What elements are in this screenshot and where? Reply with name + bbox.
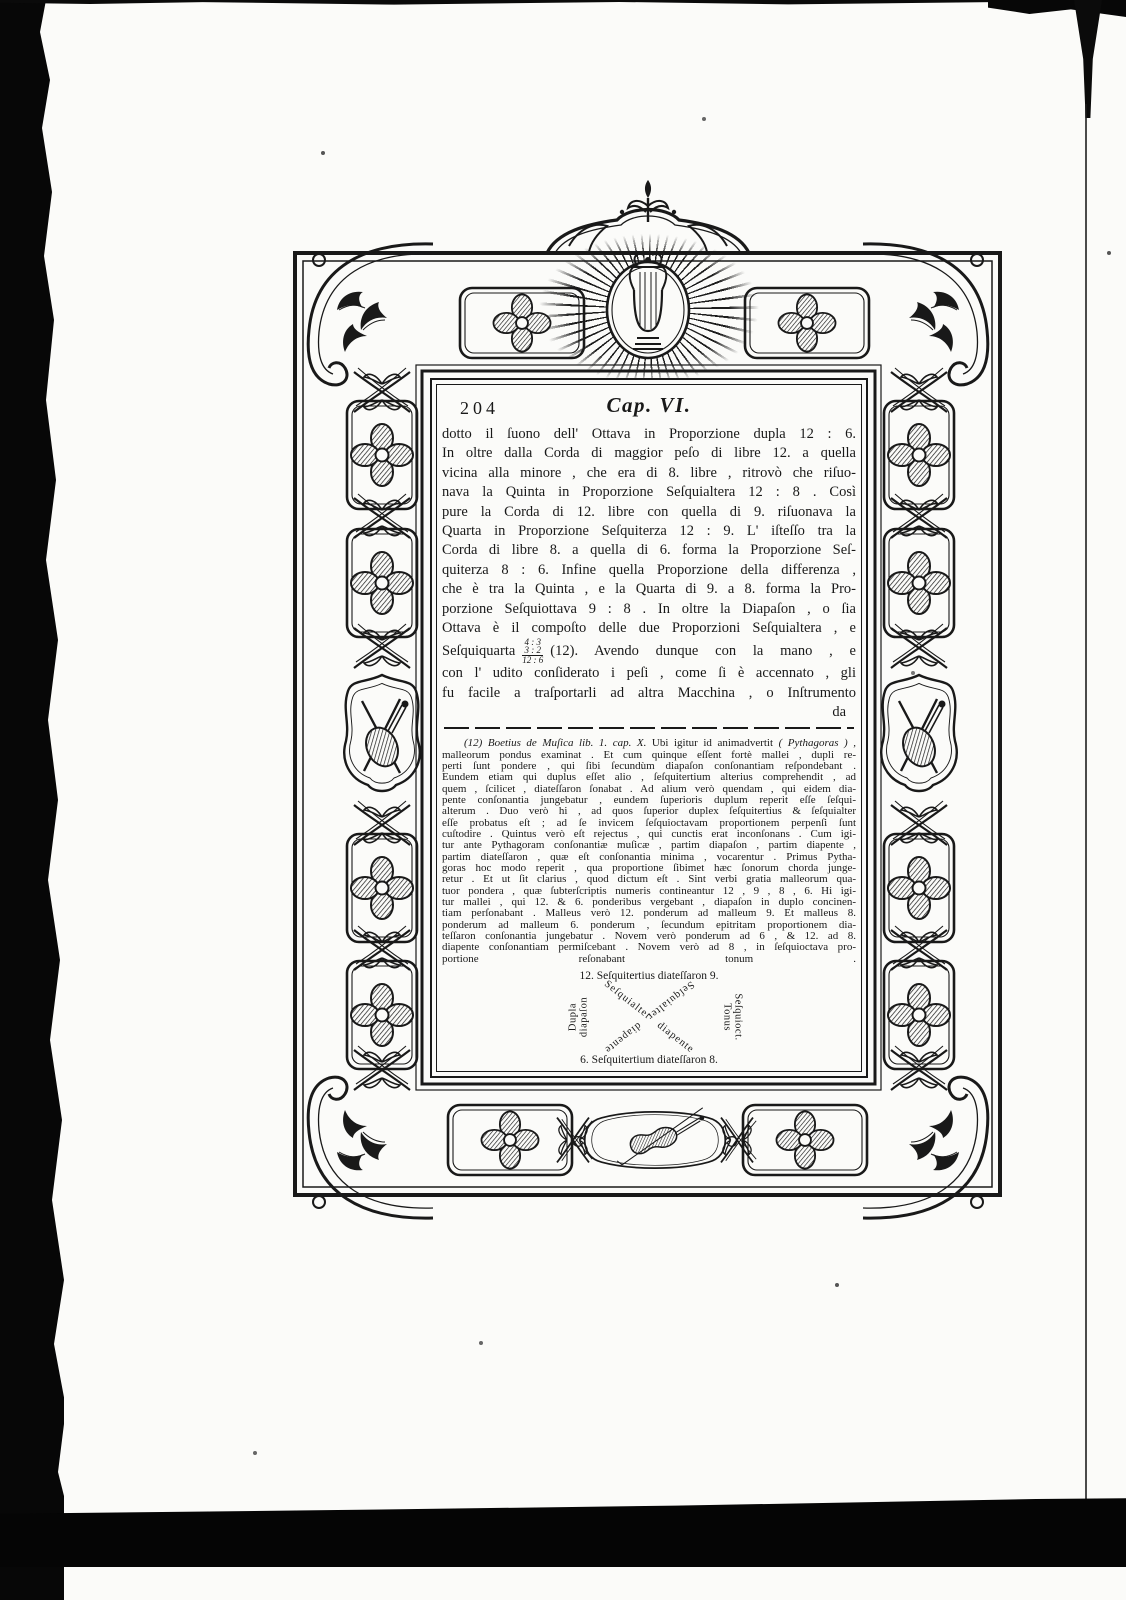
foliate-knot [354,368,410,412]
page-header: 204 Cap. VI. [442,390,856,422]
text-line: In oltre dalla Corda di maggior peſo di … [442,444,856,463]
diagram-right-line1: Seſquioct. [732,994,743,1041]
diagram-left-line1: Dupla [568,997,579,1037]
rosette-panel [347,834,417,942]
text-box: 204 Cap. VI. dotto il ſuono dell' Ottava… [430,378,868,1078]
rosette-panel [448,1105,572,1175]
corner-scroll-top-left [308,244,433,385]
lyre-medallion [607,254,689,358]
footnote-name: ( Pythagoras ) , [779,737,856,749]
footnote-lines: malleorum pondus examinat . Et cum quinq… [442,750,856,966]
dust-specks [0,0,2,2]
text-line: Ottava è il compoſto delle due Proporzio… [442,619,856,638]
text-line: alterum . Duo verò hi , ad quos ſuperior… [442,806,856,817]
text-line: nava la Quinta in Proporzione Seſquialte… [442,483,856,502]
ratio-line: Seſquiquarta 4 : 3 3 : 2 12 : 6 (12). Av… [442,636,856,666]
palmette-finial-icon [620,180,676,222]
rosette-panel [884,834,954,942]
corner-scroll-top-right [863,244,988,385]
torn-left-edge [0,0,64,1600]
foliate-knot [891,801,947,845]
text-line: portione reſonabant tonum . [442,954,856,965]
page-number: 204 [460,398,499,419]
footnote: (12) Boetius de Muſica lib. 1. cap. X. U… [442,738,856,965]
bottom-scan-band [0,1496,1126,1570]
foliate-knot [354,926,410,970]
violin-cartouche [573,1108,736,1168]
foliate-knot [557,1118,592,1163]
text-line: dotto il ſuono dell' Ottava in Proporzio… [442,425,856,444]
rosette-panel [347,529,417,637]
text-line: quiterza 8 : 6. Infine quella Proporzion… [442,561,856,580]
catchword: da [442,703,856,722]
text-line: con l' udito conſiderato i peſi , come ſ… [442,664,856,683]
foliate-knot [354,801,410,845]
diagram-top-label: 12. Seſquitertius diateſſaron 9. [442,970,856,982]
text-line: porzione Seſquiottava 9 : 8 . In oltre l… [442,600,856,619]
chapter-title: Cap. VI. [442,390,856,418]
proportion-diagram: Dupla diapaſon Seſquialter diapente Seſq… [442,982,856,1052]
foliate-knot [354,494,410,538]
scanned-book-page: 204 Cap. VI. dotto il ſuono dell' Ottava… [0,0,1126,1600]
rosette-panel [743,1105,867,1175]
rosette-panel [884,401,954,509]
gutter-shadow-wedge [1068,0,1108,118]
gutter-fold-line [1085,104,1087,1502]
diagram-left-label: Dupla diapaſon [568,997,589,1037]
ratio-stack: 4 : 3 3 : 2 12 : 6 [522,638,543,664]
rosette-panel [460,288,584,358]
diagram-right-line2: Tonus [721,994,732,1041]
top-scan-edge [0,0,1126,7]
diagram-bottom-label: 6. Seſquitertium diateſſaron 8. [442,1054,856,1066]
rosette-panel [347,401,417,509]
text-line: fu facile a traſportarli ad altra Macchi… [442,684,856,703]
lute-cartouche [881,675,956,791]
body-lines-after: con l' udito conſiderato i peſi , come ſ… [442,664,856,703]
ratio-lead: Seſquiquarta [442,642,515,661]
foliate-knot [891,926,947,970]
footnote-roman: Ubi igitur id animadvertit [652,737,779,749]
body-lines: dotto il ſuono dell' Ottava in Proporzio… [442,425,856,638]
ratio-tail: (12). Avendo dunque con la mano , e [550,642,856,661]
text-line: Corda di libre 8. a quella di 6. forma l… [442,541,856,560]
footnote-rule [444,727,854,730]
foliate-knot [891,494,947,538]
top-right-scan-blob [988,0,1126,17]
text-line: pure la Corda di 12. libre con quella di… [442,503,856,522]
foliate-knot [891,624,947,668]
rosette-panel [745,288,869,358]
lute-cartouche [344,675,419,791]
foliate-knot [354,624,410,668]
diagram-left-line2: diapaſon [579,997,590,1037]
diagram-right-label: Seſquioct. Tonus [721,994,742,1041]
text-line: che è tra la Quinta , e la Quarta di 9. … [442,580,856,599]
text-line: vicina alla minore , che era di 8. libre… [442,464,856,483]
foliate-knot [891,368,947,412]
footnote-first-line: (12) Boetius de Muſica lib. 1. cap. X. U… [442,738,856,749]
footnote-citation: (12) Boetius de Muſica lib. 1. cap. X. [464,737,646,749]
body-text: dotto il ſuono dell' Ottava in Proporzio… [442,425,856,723]
rosette-panel [884,529,954,637]
ratio-stack-bottom: 12 : 6 [522,656,543,664]
text-line: Quarta in Proporzione Seſquiterza 12 : 9… [442,522,856,541]
text-line: Eundem etiam qui duplus eſſet alio , ſeſ… [442,772,856,783]
